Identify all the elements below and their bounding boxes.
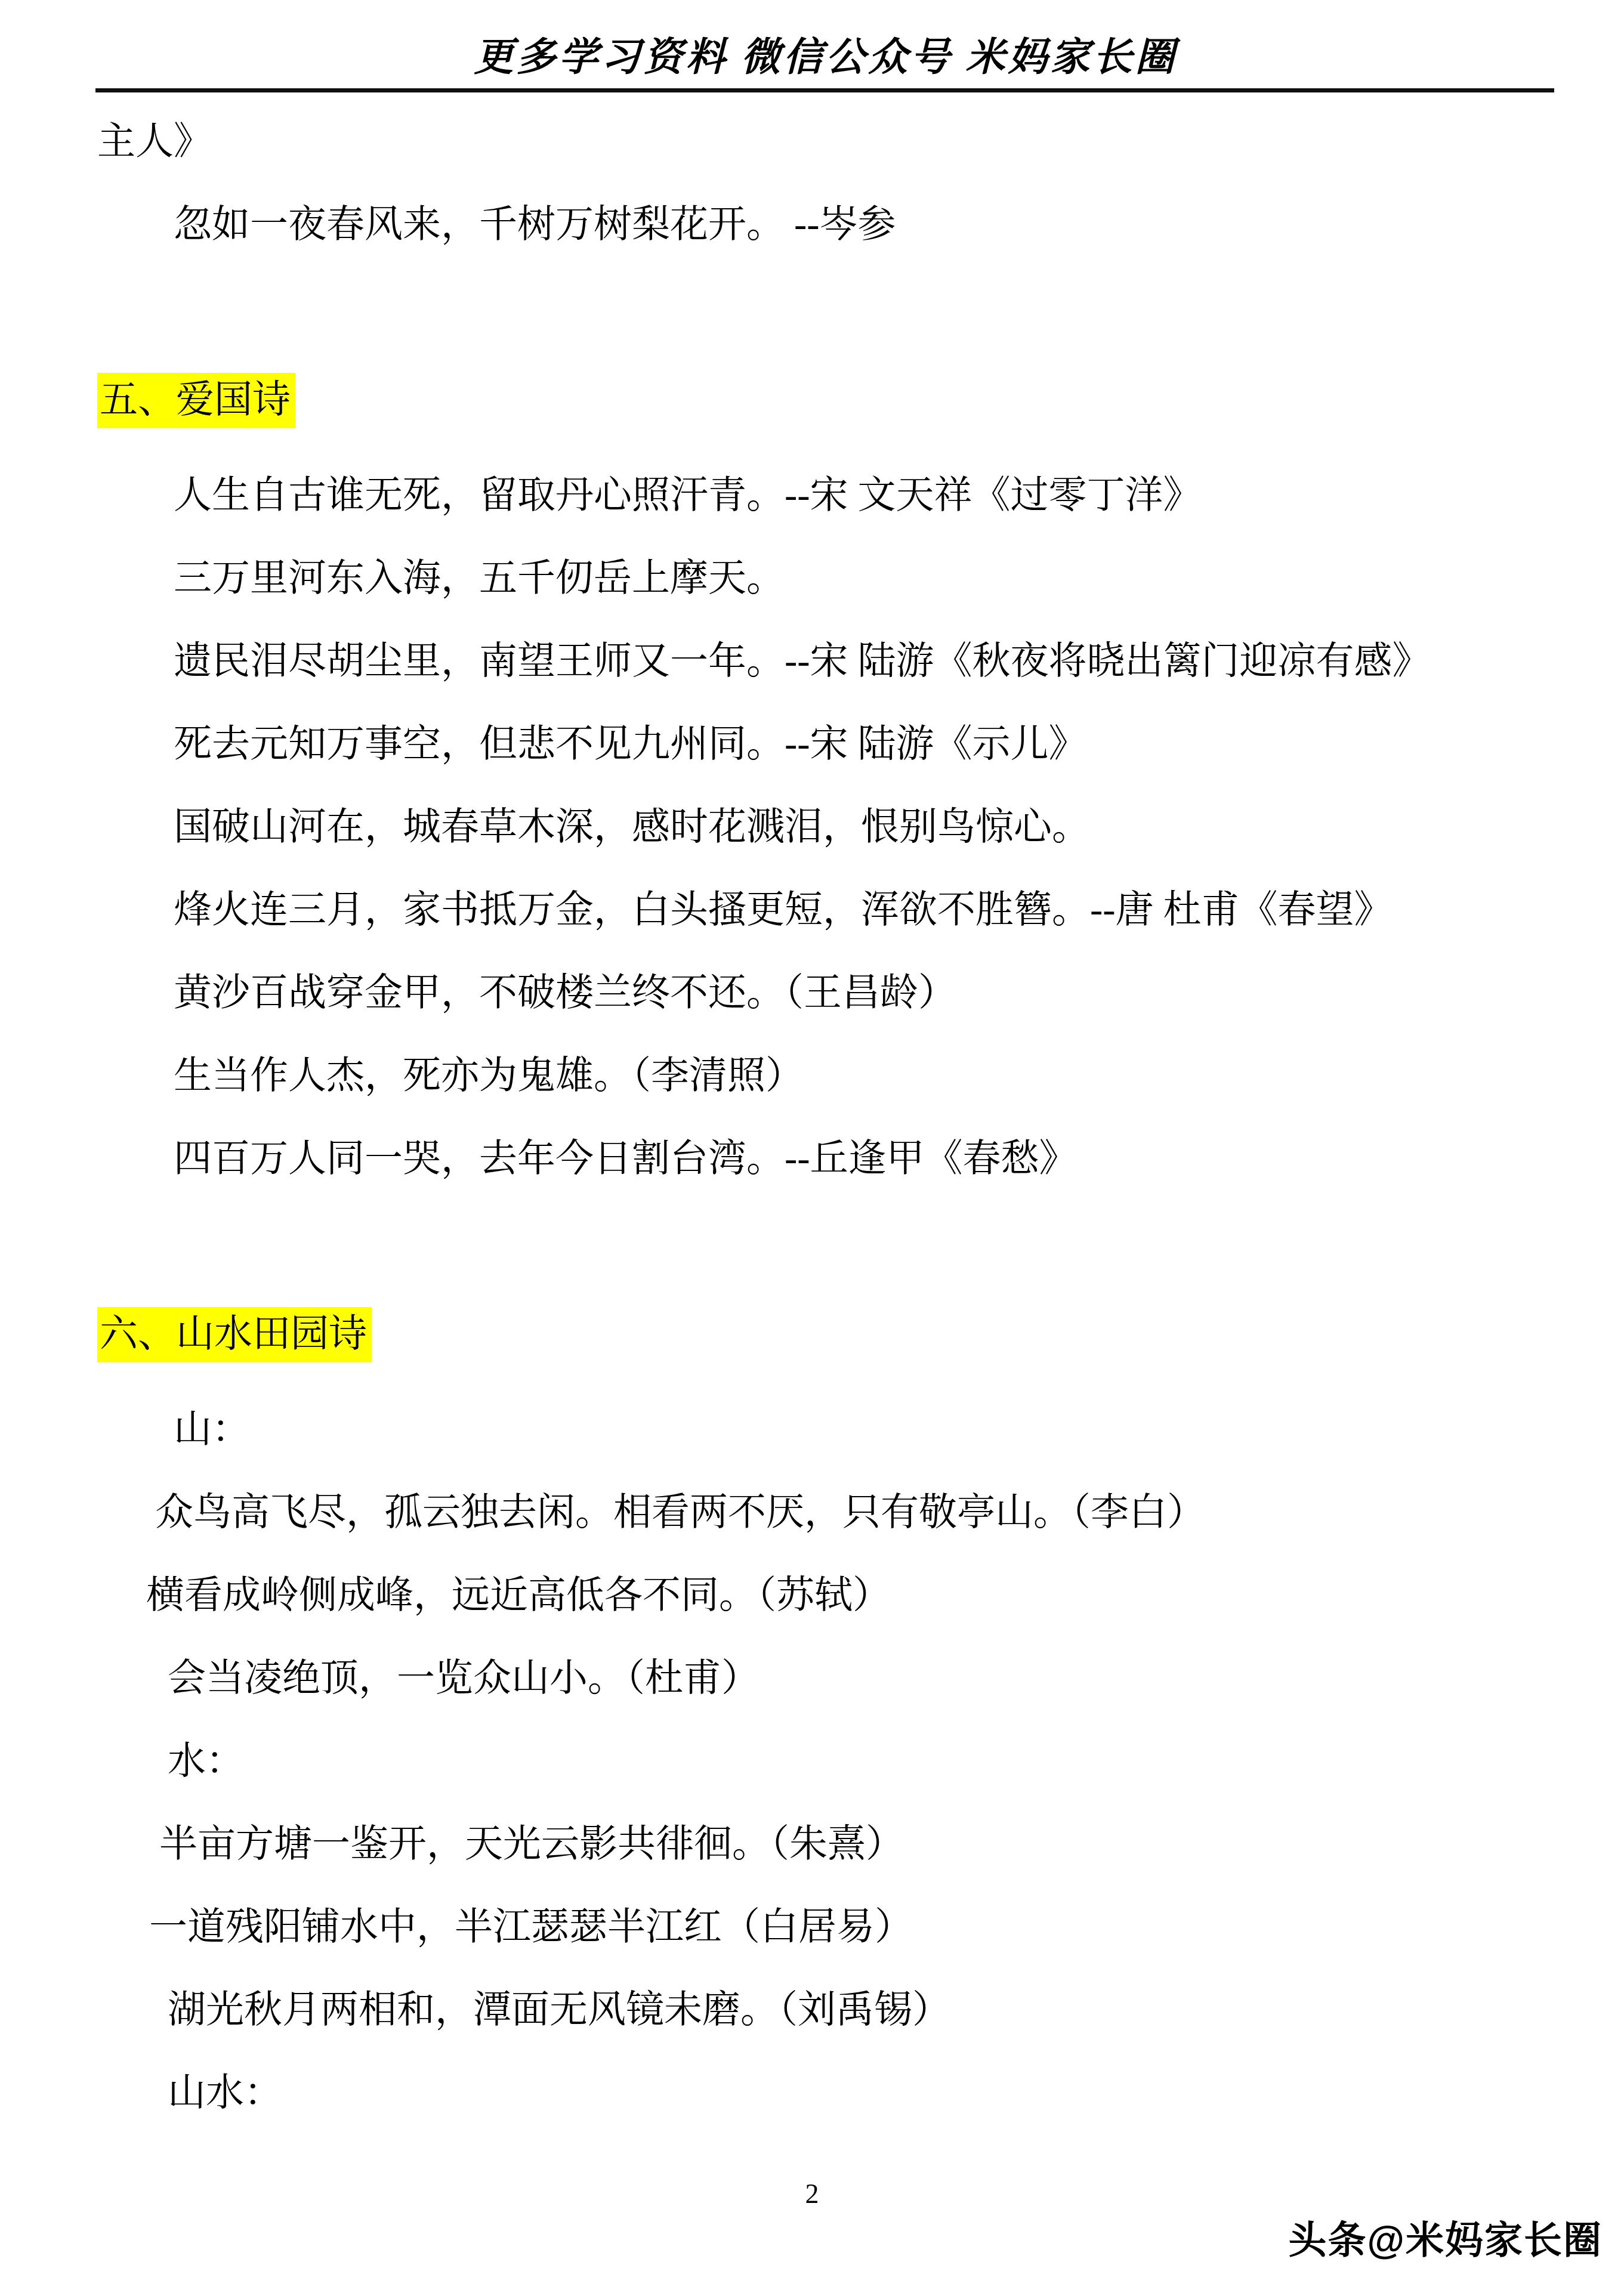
text-line: 主人》	[97, 100, 1554, 183]
section-heading: 六、山水田园诗	[97, 1304, 1554, 1364]
text-line: 烽火连三月，家书抵万金，白头搔更短，浑欲不胜簪。--唐 杜甫《春望》	[97, 868, 1554, 951]
paragraph-text: 黄沙百战穿金甲，不破楼兰终不还。（王昌龄）	[174, 971, 956, 1013]
page-header: 更多学习资料 微信公众号 米妈家长圈	[0, 0, 1624, 84]
header-promo-text: 更多学习资料 微信公众号 米妈家长圈	[474, 32, 1178, 84]
paragraph-text: 忽如一夜春风来，千树万树梨花开。 --岑参	[174, 203, 896, 245]
paragraph-text: 水：	[168, 1739, 244, 1782]
text-line: 水：	[97, 1719, 1554, 1802]
text-line: 黄沙百战穿金甲，不破楼兰终不还。（王昌龄）	[97, 951, 1554, 1034]
paragraph-text: 横看成岭侧成峰，远近高低各不同。（苏轼）	[146, 1574, 891, 1616]
paragraph-text: 五、爱国诗	[97, 373, 295, 428]
text-line: 横看成岭侧成峰，远近高低各不同。（苏轼）	[97, 1553, 1554, 1636]
paragraph-text: 国破山河在，城春草木深，感时花溅泪，恨别鸟惊心。	[174, 805, 1090, 848]
paragraph-text: 湖光秋月两相和，潭面无风镜未磨。（刘禹锡）	[168, 1988, 950, 2031]
paragraph-text: 烽火连三月，家书抵万金，白头搔更短，浑欲不胜簪。--唐 杜甫《春望》	[174, 888, 1393, 931]
text-line: 众鸟高飞尽，孤云独去闲。相看两不厌，只有敬亭山。（李白）	[97, 1470, 1554, 1553]
paragraph-text: 遗民泪尽胡尘里，南望王师又一年。--宋 陆游《秋夜将晓出篱门迎凉有感》	[174, 639, 1431, 682]
paragraph-text: 一道残阳铺水中，半江瑟瑟半江红（白居易）	[149, 1905, 913, 1948]
section-heading: 五、爱国诗	[97, 370, 1554, 429]
text-line: 人生自古谁无死，留取丹心照汗青。--宋 文天祥《过零丁洋》	[97, 453, 1554, 536]
document-page: 更多学习资料 微信公众号 米妈家长圈 主人》忽如一夜春风来，千树万树梨花开。 -…	[0, 0, 1624, 2296]
text-line: 湖光秋月两相和，潭面无风镜未磨。（刘禹锡）	[97, 1968, 1554, 2051]
paragraph-text: 死去元知万事空，但悲不见九州同。--宋 陆游《示儿》	[174, 722, 1087, 765]
paragraph-text: 会当凌绝顶，一览众山小。（杜甫）	[168, 1657, 759, 1699]
paragraph-text: 山水：	[168, 2071, 282, 2113]
paragraph-text: 三万里河东入海，五千仞岳上摩天。	[174, 557, 785, 599]
text-line: 山水：	[97, 2051, 1554, 2134]
paragraph-text: 生当作人杰，死亦为鬼雄。（李清照）	[174, 1054, 804, 1096]
paragraph-text: 山：	[174, 1408, 250, 1450]
text-line: 国破山河在，城春草木深，感时花溅泪，恨别鸟惊心。	[97, 785, 1554, 868]
paragraph-text: 人生自古谁无死，留取丹心照汗青。--宋 文天祥《过零丁洋》	[174, 474, 1202, 516]
header-divider-line	[95, 88, 1554, 92]
watermark-text: 头条@米妈家长圈	[1289, 2219, 1603, 2261]
text-line: 三万里河东入海，五千仞岳上摩天。	[97, 536, 1554, 619]
text-line: 忽如一夜春风来，千树万树梨花开。 --岑参	[97, 183, 1554, 265]
text-line: 一道残阳铺水中，半江瑟瑟半江红（白居易）	[97, 1885, 1554, 1968]
text-line: 半亩方塘一鉴开，天光云影共徘徊。（朱熹）	[97, 1802, 1554, 1885]
paragraph-text: 六、山水田园诗	[97, 1307, 372, 1362]
document-content: 主人》忽如一夜春风来，千树万树梨花开。 --岑参五、爱国诗人生自古谁无死，留取丹…	[0, 92, 1624, 2134]
text-line: 死去元知万事空，但悲不见九州同。--宋 陆游《示儿》	[97, 702, 1554, 785]
text-line: 山：	[97, 1388, 1554, 1470]
text-line: 四百万人同一哭，去年今日割台湾。--丘逢甲《春愁》	[97, 1117, 1554, 1200]
page-number: 2	[0, 2176, 1624, 2212]
text-line: 遗民泪尽胡尘里，南望王师又一年。--宋 陆游《秋夜将晓出篱门迎凉有感》	[97, 619, 1554, 702]
paragraph-text: 四百万人同一哭，去年今日割台湾。--丘逢甲《春愁》	[174, 1137, 1077, 1179]
text-line: 会当凌绝顶，一览众山小。（杜甫）	[97, 1636, 1554, 1719]
paragraph-text: 众鸟高飞尽，孤云独去闲。相看两不厌，只有敬亭山。（李白）	[155, 1491, 1205, 1533]
text-line: 生当作人杰，死亦为鬼雄。（李清照）	[97, 1034, 1554, 1117]
paragraph-text: 半亩方塘一鉴开，天光云影共徘徊。（朱熹）	[159, 1822, 904, 1865]
paragraph-text: 主人》	[97, 120, 212, 162]
